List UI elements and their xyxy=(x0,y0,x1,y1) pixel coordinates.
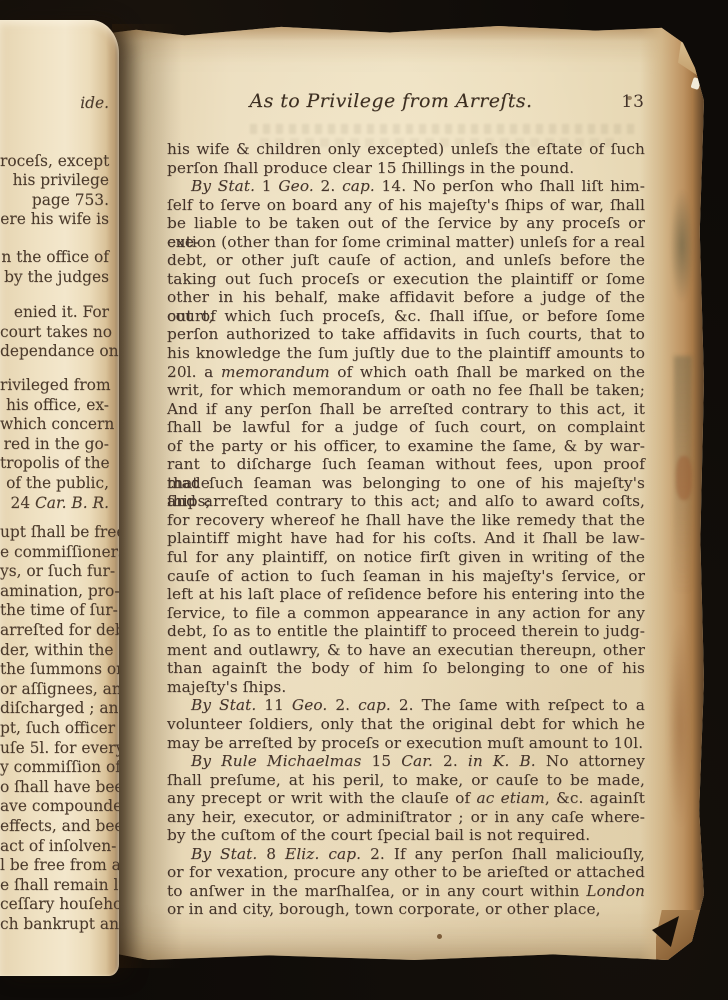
prev-page-text-line: pt, ſuch officer xyxy=(0,719,119,739)
text-line: out of which ſuch proceſs, &c. ſhall iſſ… xyxy=(167,307,645,326)
prev-page-text-line: of the public, xyxy=(0,474,119,494)
text-line: left at his laſt place of reſidence befo… xyxy=(167,585,645,604)
prev-page-text-line: the time of ſur- xyxy=(0,601,119,621)
prev-page-text-line: tropolis of the xyxy=(0,454,119,474)
prev-page-text-line: page 753. xyxy=(0,191,119,211)
text-line: be liable to be taken out of the ſervice… xyxy=(167,214,645,233)
gutter-shadow xyxy=(112,24,182,968)
prev-page-text-line: dependance on xyxy=(0,342,119,362)
text-line: By Rule Michaelmas 15 Car. 2. in K. B. N… xyxy=(167,752,645,771)
text-line: taking out ſuch proceſs or execution the… xyxy=(167,270,645,289)
previous-page-edge: ide.roceſs, excepthis privilegepage 753.… xyxy=(0,20,119,976)
text-line: By Stat. 11 Geo. 2. cap. 2. The ſame wit… xyxy=(167,696,645,715)
text-line: to anſwer in the marſhalſea, or in any c… xyxy=(167,882,645,901)
prev-page-text-line: diſcharged ; and xyxy=(0,699,119,719)
text-line: or in and city, borough, town corporate,… xyxy=(167,900,645,919)
prev-page-text-line: act of inſolven- xyxy=(0,837,119,857)
text-line: plaintiff might have had for his coſts. … xyxy=(167,529,645,548)
text-line: rant to diſcharge ſuch ſeaman without fe… xyxy=(167,455,645,474)
running-title: As to Privilege from Arreſts. xyxy=(167,90,615,112)
text-line: majeſty's ſhips. xyxy=(167,678,645,697)
text-line: perſon authorized to take affidavits in … xyxy=(167,325,645,344)
prev-page-text-line: rivileged from xyxy=(0,376,119,396)
prev-page-text-line: upt ſhall be free xyxy=(0,523,119,543)
page-header: As to Privilege from Arreſts. 13 xyxy=(167,90,645,116)
prev-page-text-line: l be free from ar- xyxy=(0,856,119,876)
text-line: ſelf to ſerve on board any of his majeſt… xyxy=(167,196,645,215)
text-line: by the cuſtom of the court ſpecial bail … xyxy=(167,826,645,845)
prev-page-text-line: n the office of xyxy=(0,248,119,268)
photo-background: As to Privilege from Arreſts. 13 his wif… xyxy=(0,0,728,1000)
prev-page-text-line: der, within the xyxy=(0,641,119,661)
text-line: cution (other than for ſome criminal mat… xyxy=(167,233,645,252)
text-line: for recovery whereof he ſhall have the l… xyxy=(167,511,645,530)
prev-page-text-line: the ſummons or xyxy=(0,660,119,680)
prev-page-text-line: red in the go- xyxy=(0,435,119,455)
prev-page-text-line: ave compounded xyxy=(0,797,119,817)
text-line: 20l. a memorandum of which oath ſhall be… xyxy=(167,363,645,382)
paper-speck xyxy=(437,934,442,939)
text-line: volunteer ſoldiers, only that the origin… xyxy=(167,715,645,734)
page-top-edge xyxy=(100,26,704,41)
page-number: 13 xyxy=(621,92,645,112)
text-line: ful for any plaintiff, on notice firſt g… xyxy=(167,548,645,567)
page-fore-edge xyxy=(640,26,704,960)
text-line: writ, for which memorandum or oath no fe… xyxy=(167,381,645,400)
text-line: any precept or writ with the clauſe of a… xyxy=(167,789,645,808)
text-line: of the party or his officer, to examine … xyxy=(167,437,645,456)
prev-page-text-line: ceſſary houſehold xyxy=(0,895,119,915)
prev-page-text-line: by the judges xyxy=(0,268,119,288)
text-line: his knowledge the ſum juſtly due to the … xyxy=(167,344,645,363)
text-line: other in his behalf, make affidavit befo… xyxy=(167,288,645,307)
text-line: than againſt the body of him ſo belongin… xyxy=(167,659,645,678)
text-line: cauſe of action to ſuch ſeaman in his ma… xyxy=(167,567,645,586)
prev-page-text-line: amination, pro- xyxy=(0,582,119,602)
text-line: may be arreſted by proceſs or execution … xyxy=(167,734,645,753)
prev-page-text-line: which concern xyxy=(0,415,119,435)
book-page: As to Privilege from Arreſts. 13 his wif… xyxy=(100,26,704,960)
prev-page-text-line: or aſſignees, and xyxy=(0,680,119,700)
text-line: By Stat. 1 Geo. 2. cap. 14. No perſon wh… xyxy=(167,177,645,196)
prev-page-text-line: ch bankrupt and xyxy=(0,915,119,935)
text-line: and arreſted contrary to this act; and a… xyxy=(167,492,645,511)
prev-page-text-line: y commiſſion of xyxy=(0,758,119,778)
prev-page-text-line: ide. xyxy=(0,94,119,114)
prev-page-text-line: 24 Car. B. R. xyxy=(0,494,119,514)
text-line: any heir, executor, or adminiſtrator ; o… xyxy=(167,808,645,827)
prev-page-text-line: court takes no xyxy=(0,323,119,343)
prev-page-text-line: effects, and been xyxy=(0,817,119,837)
text-line: And if any perſon ſhall be arreſted cont… xyxy=(167,400,645,419)
prev-page-text-line: enied it. For xyxy=(0,303,119,323)
text-line: ment and outlawry, & to have an executia… xyxy=(167,641,645,660)
text-line: perſon ſhall produce clear 15 ſhillings … xyxy=(167,159,645,178)
prev-page-text-line: uſe 5l. for every xyxy=(0,739,119,759)
prev-page-text-line: his privilege xyxy=(0,171,119,191)
prev-page-text-line: his office, ex- xyxy=(0,396,119,416)
prev-page-text-line: o ſhall have been xyxy=(0,778,119,798)
previous-page-text: ide.roceſs, excepthis privilegepage 753.… xyxy=(0,20,119,976)
text-line: ſervice, to file a common appearance in … xyxy=(167,604,645,623)
text-line: his wife & children only excepted) unleſ… xyxy=(167,140,645,159)
text-line: debt, or other juſt cauſe of action, and… xyxy=(167,251,645,270)
text-line: that ſuch ſeaman was belonging to one of… xyxy=(167,474,645,493)
prev-page-text-line: ys, or ſuch fur- xyxy=(0,562,119,582)
prev-page-text-line: arreſted for debt xyxy=(0,621,119,641)
prev-page-text-line: ere his wife is xyxy=(0,210,119,230)
text-line: or for vexation, procure any other to be… xyxy=(167,863,645,882)
text-line: ſhall be lawful for a judge of ſuch cour… xyxy=(167,418,645,437)
text-line: debt, ſo as to entitle the plaintiff to … xyxy=(167,622,645,641)
body-text: his wife & children only excepted) unleſ… xyxy=(167,140,645,919)
prev-page-text-line: e commiſſioners xyxy=(0,543,119,563)
prev-page-text-line: roceſs, except xyxy=(0,152,119,172)
prev-page-text-line: e ſhall remain li- xyxy=(0,876,119,896)
text-line: By Stat. 8 Eliz. cap. 2. If any perſon ſ… xyxy=(167,845,645,864)
text-line: ſhall preſume, at his peril, to make, or… xyxy=(167,771,645,790)
